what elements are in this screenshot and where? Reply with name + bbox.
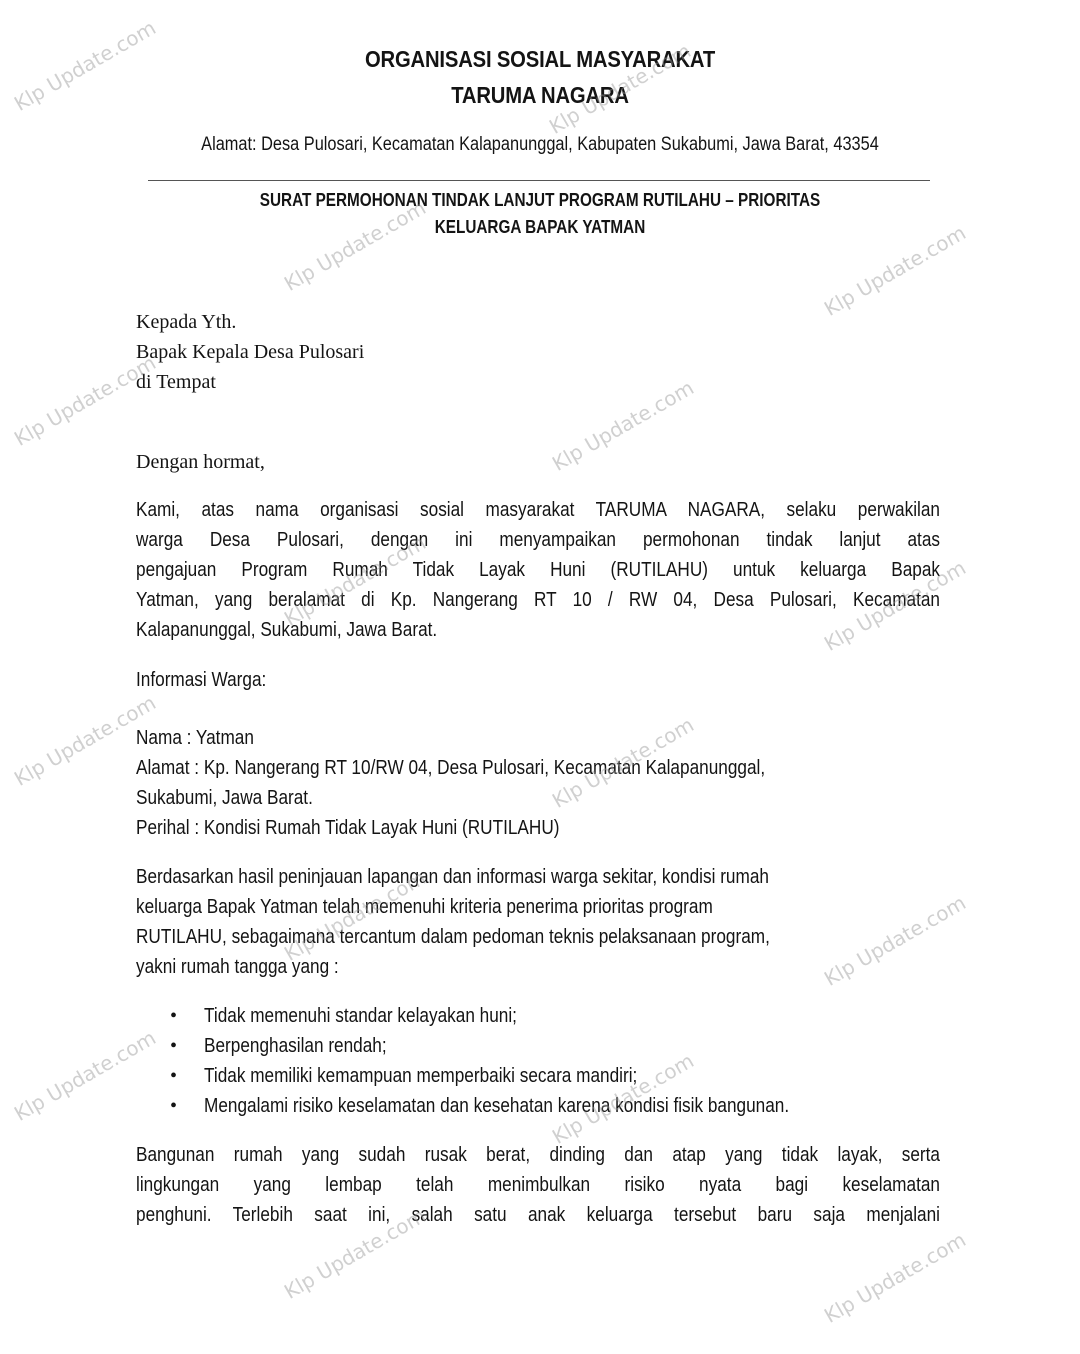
- bullet-icon: •: [170, 1095, 177, 1118]
- org-name-line2: TARUMA NAGARA: [65, 82, 1015, 109]
- list-item: Berpenghasilan rendah;: [204, 1035, 387, 1058]
- info-alamat-cont: Sukabumi, Jawa Barat.: [136, 787, 313, 810]
- info-nama: Nama : Yatman: [136, 727, 254, 750]
- paragraph-line: penghuni. Terlebih saat ini, salah satu …: [136, 1204, 940, 1227]
- recipient-line2: Bapak Kepala Desa Pulosari: [136, 341, 364, 364]
- subject-line2: KELUARGA BAPAK YATMAN: [81, 217, 999, 238]
- recipient-line1: Kepada Yth.: [136, 311, 236, 334]
- watermark: Klp Update.com: [10, 350, 160, 450]
- greeting: Dengan hormat,: [136, 451, 265, 474]
- header-divider: [148, 180, 930, 181]
- subject-line1: SURAT PERMOHONAN TINDAK LANJUT PROGRAM R…: [81, 190, 999, 211]
- paragraph-line: keluarga Bapak Yatman telah memenuhi kri…: [136, 896, 713, 919]
- org-name-line1: ORGANISASI SOSIAL MASYARAKAT: [65, 46, 1015, 73]
- bullet-icon: •: [170, 1005, 177, 1028]
- info-alamat: Alamat : Kp. Nangerang RT 10/RW 04, Desa…: [136, 757, 765, 780]
- org-address: Alamat: Desa Pulosari, Kecamatan Kalapan…: [76, 134, 1005, 156]
- paragraph-line: Bangunan rumah yang sudah rusak berat, d…: [136, 1144, 940, 1167]
- bullet-icon: •: [170, 1035, 177, 1058]
- list-item: Tidak memenuhi standar kelayakan huni;: [204, 1005, 517, 1028]
- info-heading: Informasi Warga:: [136, 669, 266, 692]
- paragraph-line: lingkungan yang lembap telah menimbulkan…: [136, 1174, 940, 1197]
- letter-page: ORGANISASI SOSIAL MASYARAKAT TARUMA NAGA…: [0, 0, 1080, 1354]
- info-perihal: Perihal : Kondisi Rumah Tidak Layak Huni…: [136, 817, 559, 840]
- bullet-icon: •: [170, 1065, 177, 1088]
- paragraph-line: Kami, atas nama organisasi sosial masyar…: [136, 499, 940, 522]
- list-item: Tidak memiliki kemampuan memperbaiki sec…: [204, 1065, 637, 1088]
- paragraph-line: warga Desa Pulosari, dengan ini menyampa…: [136, 529, 940, 552]
- paragraph-line: yakni rumah tangga yang :: [136, 956, 339, 979]
- paragraph-line: RUTILAHU, sebagaimana tercantum dalam pe…: [136, 926, 770, 949]
- watermark: Klp Update.com: [820, 890, 970, 990]
- list-item: Mengalami risiko keselamatan dan kesehat…: [204, 1095, 789, 1118]
- paragraph-line: Yatman, yang beralamat di Kp. Nangerang …: [136, 589, 940, 612]
- paragraph-line: pengajuan Program Rumah Tidak Layak Huni…: [136, 559, 940, 582]
- watermark: Klp Update.com: [10, 1025, 160, 1125]
- recipient-line3: di Tempat: [136, 371, 216, 394]
- watermark: Klp Update.com: [820, 1227, 970, 1327]
- watermark: Klp Update.com: [548, 375, 698, 475]
- paragraph-line: Kalapanunggal, Sukabumi, Jawa Barat.: [136, 619, 437, 642]
- paragraph-line: Berdasarkan hasil peninjauan lapangan da…: [136, 866, 769, 889]
